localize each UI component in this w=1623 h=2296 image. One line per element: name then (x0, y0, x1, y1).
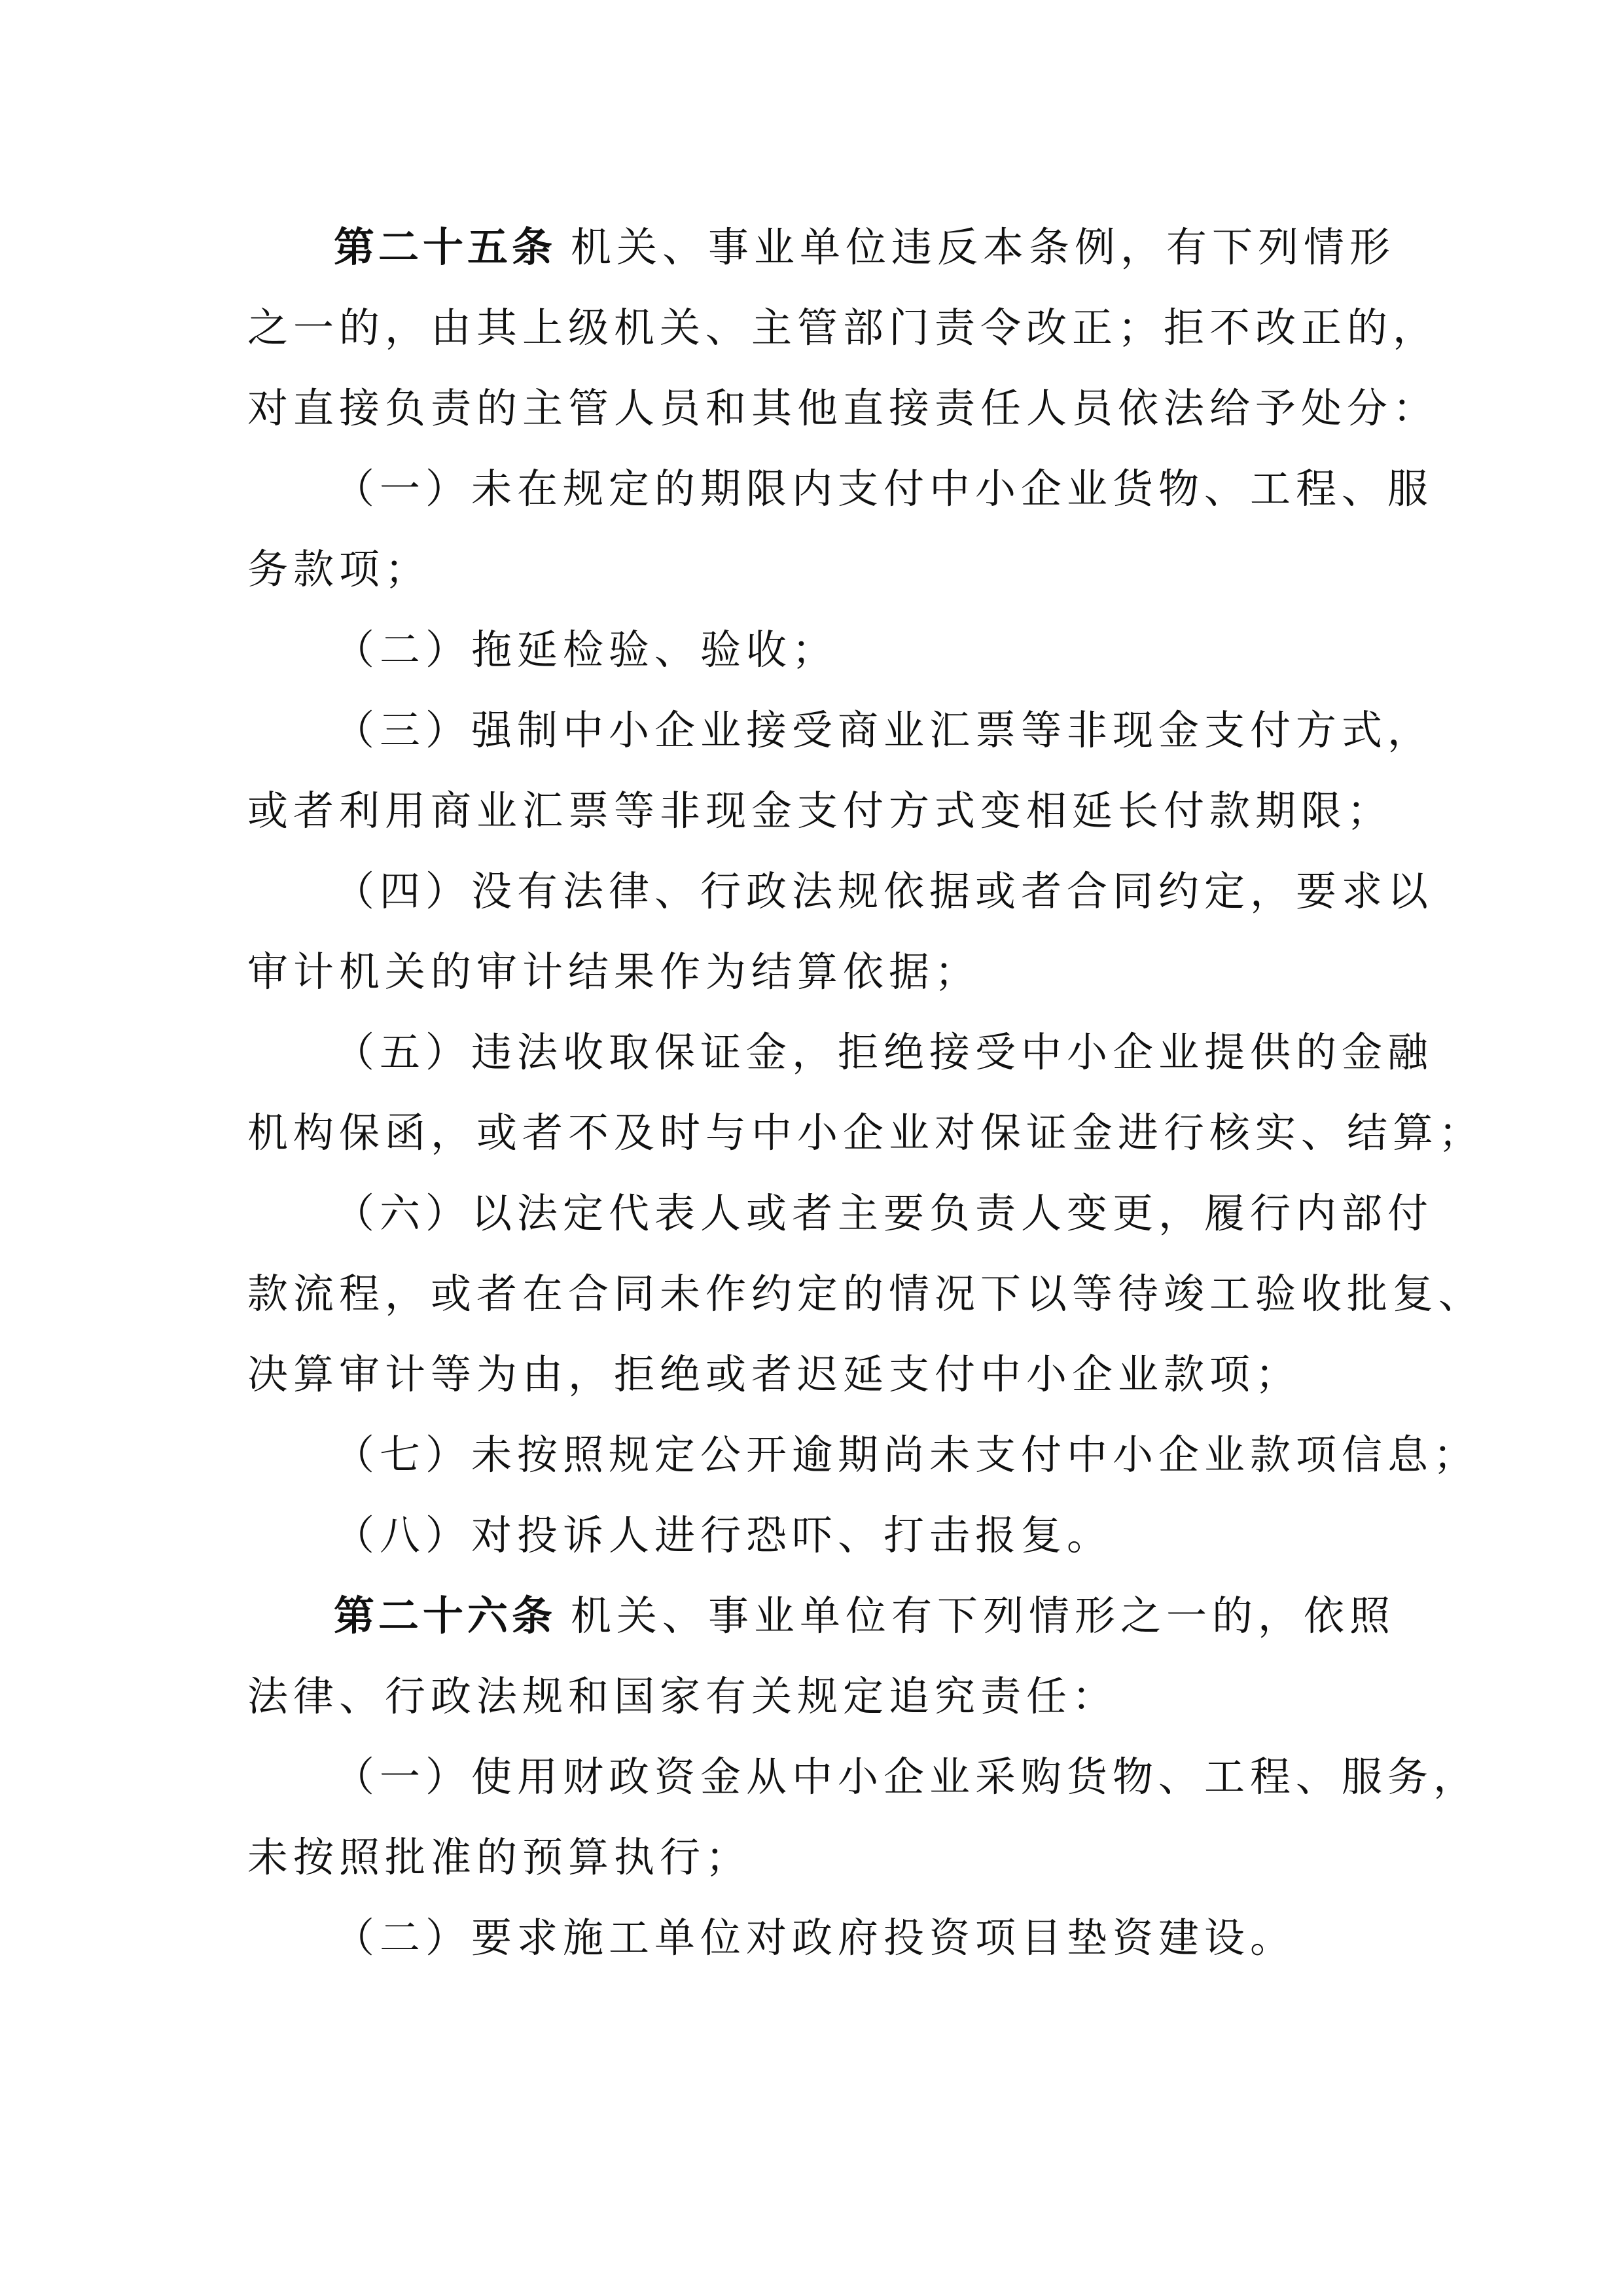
article-25-item-6: （六）以法定代表人或者主要负责人变更，履行内部付 (247, 1173, 1373, 1253)
article-25-item-5-cont: 机构保函，或者不及时与中小企业对保证金进行核实、结算； (247, 1092, 1373, 1173)
article-25-item-6-cont-1: 款流程，或者在合同未作约定的情况下以等待竣工验收批复、 (247, 1253, 1373, 1334)
article-25-item-7: （七）未按照规定公开逾期尚未支付中小企业款项信息； (247, 1414, 1373, 1495)
article-25-heading: 第二十五条 (334, 223, 556, 271)
article-26-text: 机关、事业单位有下列情形之一的，依照 (571, 1592, 1395, 1640)
article-26-item-1-cont: 未按照批准的预算执行； (247, 1817, 1373, 1897)
article-26-heading: 第二十六条 (334, 1592, 556, 1640)
article-25-item-3-cont: 或者利用商业汇票等非现金支付方式变相延长付款期限； (247, 770, 1373, 851)
article-25-item-4-cont: 审计机关的审计结果作为结算依据； (247, 931, 1373, 1012)
article-25-item-2: （二）拖延检验、验收； (247, 609, 1373, 690)
article-25-item-3: （三）强制中小企业接受商业汇票等非现金支付方式， (247, 690, 1373, 770)
article-25-text: 机关、事业单位违反本条例，有下列情形 (571, 223, 1395, 271)
article-25-item-5: （五）违法收取保证金，拒绝接受中小企业提供的金融 (247, 1012, 1373, 1092)
article-26-line-1: 第二十六条机关、事业单位有下列情形之一的，依照 (247, 1575, 1373, 1656)
article-25-line-1: 第二十五条机关、事业单位违反本条例，有下列情形 (247, 207, 1373, 287)
article-25-item-1-cont: 务款项； (247, 529, 1373, 609)
article-25-item-4: （四）没有法律、行政法规依据或者合同约定，要求以 (247, 851, 1373, 931)
article-25-item-6-cont-2: 决算审计等为由，拒绝或者迟延支付中小企业款项； (247, 1334, 1373, 1414)
article-25-item-1: （一）未在规定的期限内支付中小企业货物、工程、服 (247, 448, 1373, 529)
article-26-item-2: （二）要求施工单位对政府投资项目垫资建设。 (247, 1897, 1373, 1978)
article-26-item-1: （一）使用财政资金从中小企业采购货物、工程、服务， (247, 1736, 1373, 1817)
article-25-line-2: 之一的，由其上级机关、主管部门责令改正；拒不改正的， (247, 287, 1373, 368)
document-page: 第二十五条机关、事业单位违反本条例，有下列情形 之一的，由其上级机关、主管部门责… (247, 207, 1373, 1978)
article-26-line-2: 法律、行政法规和国家有关规定追究责任： (247, 1656, 1373, 1736)
article-25-item-8: （八）对投诉人进行恐吓、打击报复。 (247, 1495, 1373, 1575)
article-25-line-3: 对直接负责的主管人员和其他直接责任人员依法给予处分： (247, 368, 1373, 448)
